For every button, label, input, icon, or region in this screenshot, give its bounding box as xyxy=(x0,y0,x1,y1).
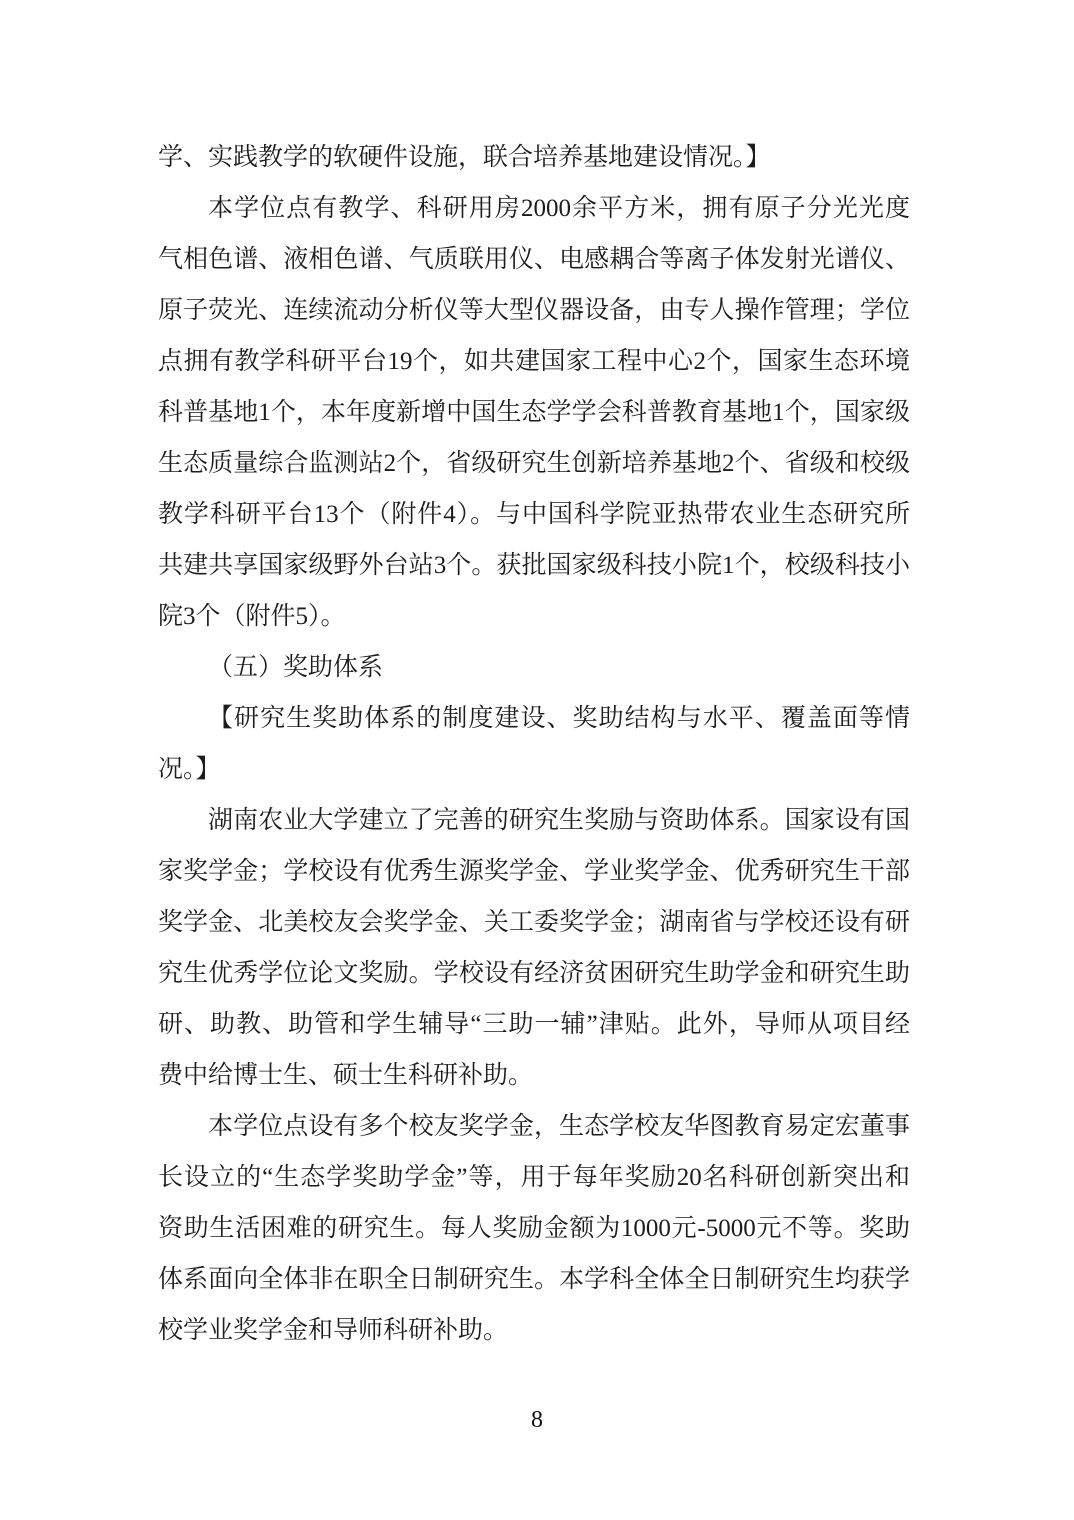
text-line: 共建共享国家级野外台站3个。获批国家级科技小院1个，校级科技小 xyxy=(158,540,910,591)
text-line: 长设立的“生态学奖助学金”等，用于每年奖励20名科研创新突出和 xyxy=(158,1152,910,1203)
text-line: 原子荧光、连续流动分析仪等大型仪器设备，由专人操作管理；学位 xyxy=(158,285,910,336)
text-line: 况。】 xyxy=(158,744,910,795)
text-line: 奖学金、北美校友会奖学金、关工委奖学金；湖南省与学校还设有研 xyxy=(158,897,910,948)
text-line: 本学位点有教学、科研用房2000余平方米，拥有原子分光光度计、 xyxy=(158,183,910,234)
text-line: 科普基地1个，本年度新增中国生态学学会科普教育基地1个，国家级 xyxy=(158,387,910,438)
text-line: 费中给博士生、硕士生科研补助。 xyxy=(158,1050,910,1101)
text-line: 院3个（附件5）。 xyxy=(158,591,910,642)
document-page: 学、实践教学的软硬件设施，联合培养基地建设情况。】本学位点有教学、科研用房200… xyxy=(0,0,1074,1520)
text-line: 校学业奖学金和导师科研补助。 xyxy=(158,1305,910,1356)
text-line: 气相色谱、液相色谱、气质联用仪、电感耦合等离子体发射光谱仪、 xyxy=(158,234,910,285)
text-line: 本学位点设有多个校友奖学金，生态学校友华图教育易定宏董事 xyxy=(158,1101,910,1152)
page-number: 8 xyxy=(0,1402,1074,1438)
text-line: 教学科研平台13个（附件4）。与中国科学院亚热带农业生态研究所 xyxy=(158,489,910,540)
text-line: 体系面向全体非在职全日制研究生。本学科全体全日制研究生均获学 xyxy=(158,1254,910,1305)
text-line: 资助生活困难的研究生。每人奖励金额为1000元-5000元不等。奖助 xyxy=(158,1203,910,1254)
section-heading: （五）奖助体系 xyxy=(158,642,910,693)
text-line: 学、实践教学的软硬件设施，联合培养基地建设情况。】 xyxy=(158,132,910,183)
document-lines: 学、实践教学的软硬件设施，联合培养基地建设情况。】本学位点有教学、科研用房200… xyxy=(158,132,910,1356)
text-line: 湖南农业大学建立了完善的研究生奖励与资助体系。国家设有国 xyxy=(158,795,910,846)
text-line: 研、助教、助管和学生辅导“三助一辅”津贴。此外，导师从项目经 xyxy=(158,999,910,1050)
text-line: 生态质量综合监测站2个，省级研究生创新培养基地2个、省级和校级 xyxy=(158,438,910,489)
text-line: 点拥有教学科研平台19个，如共建国家工程中心2个，国家生态环境 xyxy=(158,336,910,387)
text-line: 家奖学金；学校设有优秀生源奖学金、学业奖学金、优秀研究生干部 xyxy=(158,846,910,897)
text-line: 【研究生奖助体系的制度建设、奖助结构与水平、覆盖面等情 xyxy=(158,693,910,744)
text-line: 究生优秀学位论文奖励。学校设有经济贫困研究生助学金和研究生助 xyxy=(158,948,910,999)
